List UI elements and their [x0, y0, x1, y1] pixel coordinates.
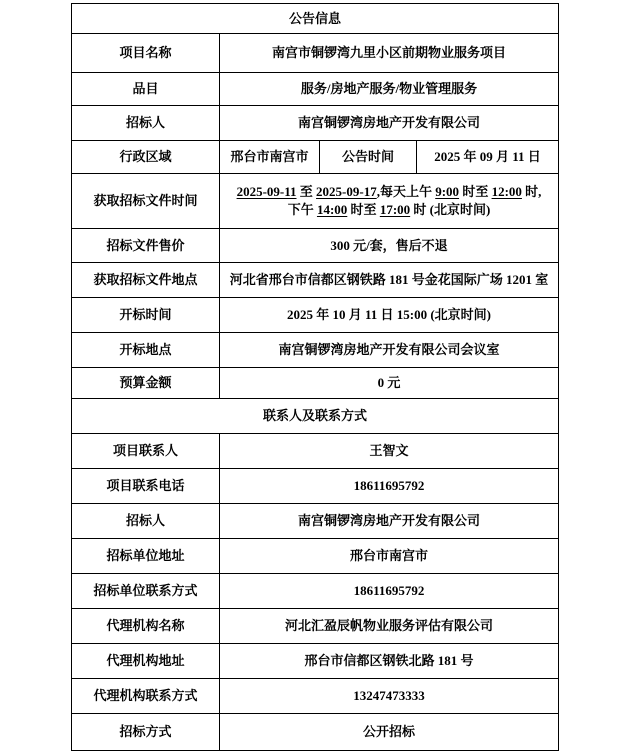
field-label-announce-time: 公告时间 [320, 141, 417, 174]
table-row-agency-address: 代理机构地址 邢台市信都区钢铁北路 181 号 [72, 644, 559, 679]
field-value-tenderee2: 南宫铜锣湾房地产开发有限公司 [220, 504, 559, 539]
table-row-contact-section: 联系人及联系方式 [72, 399, 559, 434]
field-value-tender-method: 公开招标 [220, 714, 559, 751]
field-label-contact-phone: 项目联系电话 [72, 469, 220, 504]
field-label-region: 行政区域 [72, 141, 220, 174]
table-row-obtain-place: 获取招标文件地点 河北省邢台市信都区钢铁路 181 号金花国际广场 1201 室 [72, 263, 559, 298]
field-label-open-time: 开标时间 [72, 298, 220, 333]
table-row-agency-name: 代理机构名称 河北汇盈辰帆物业服务评估有限公司 [72, 609, 559, 644]
field-value-contact-phone: 18611695792 [220, 469, 559, 504]
field-label-budget: 预算金额 [72, 368, 220, 399]
field-label-obtain-place: 获取招标文件地点 [72, 263, 220, 298]
table-title: 公告信息 [72, 4, 559, 34]
table-row-tenderee-contact: 招标单位联系方式 18611695792 [72, 574, 559, 609]
table-row-obtain-time: 获取招标文件时间 2025-09-11 至 2025-09-17,每天上午 9:… [72, 174, 559, 229]
field-value-tenderee-contact: 18611695792 [220, 574, 559, 609]
table-row-category: 品目 服务/房地产服务/物业管理服务 [72, 73, 559, 106]
field-value-open-place: 南宫铜锣湾房地产开发有限公司会议室 [220, 333, 559, 368]
table-row-open-time: 开标时间 2025 年 10 月 11 日 15:00 (北京时间) [72, 298, 559, 333]
field-value-agency-contact: 13247473333 [220, 679, 559, 714]
field-value-obtain-place: 河北省邢台市信都区钢铁路 181 号金花国际广场 1201 室 [220, 263, 559, 298]
table-row-tender-method: 招标方式 公开招标 [72, 714, 559, 751]
announcement-page: 公告信息 项目名称 南宫市铜锣湾九里小区前期物业服务项目 品目 服务/房地产服务… [0, 0, 635, 754]
field-value-category: 服务/房地产服务/物业管理服务 [220, 73, 559, 106]
field-value-agency-address: 邢台市信都区钢铁北路 181 号 [220, 644, 559, 679]
field-label-agency-contact: 代理机构联系方式 [72, 679, 220, 714]
table-row-region-announce-time: 行政区域 邢台市南宫市 公告时间 2025 年 09 月 11 日 [72, 141, 559, 174]
table-row-open-place: 开标地点 南宫铜锣湾房地产开发有限公司会议室 [72, 333, 559, 368]
field-label-project-name: 项目名称 [72, 34, 220, 73]
field-value-open-time: 2025 年 10 月 11 日 15:00 (北京时间) [220, 298, 559, 333]
table-row-budget: 预算金额 0 元 [72, 368, 559, 399]
field-value-doc-price: 300 元/套，售后不退 [220, 229, 559, 263]
field-value-tenderee-address: 邢台市南宫市 [220, 539, 559, 574]
table-row-contact-phone: 项目联系电话 18611695792 [72, 469, 559, 504]
table-row-tenderee: 招标人 南宫铜锣湾房地产开发有限公司 [72, 106, 559, 141]
field-label-tenderee: 招标人 [72, 106, 220, 141]
announcement-table: 公告信息 项目名称 南宫市铜锣湾九里小区前期物业服务项目 品目 服务/房地产服务… [71, 3, 559, 751]
field-label-agency-address: 代理机构地址 [72, 644, 220, 679]
table-row-project-name: 项目名称 南宫市铜锣湾九里小区前期物业服务项目 [72, 34, 559, 73]
field-value-project-name: 南宫市铜锣湾九里小区前期物业服务项目 [220, 34, 559, 73]
field-value-region: 邢台市南宫市 [220, 141, 320, 174]
table-row-agency-contact: 代理机构联系方式 13247473333 [72, 679, 559, 714]
field-value-tenderee: 南宫铜锣湾房地产开发有限公司 [220, 106, 559, 141]
field-value-agency-name: 河北汇盈辰帆物业服务评估有限公司 [220, 609, 559, 644]
field-value-budget: 0 元 [220, 368, 559, 399]
table-row-contact-person: 项目联系人 王智文 [72, 434, 559, 469]
field-value-contact-person: 王智文 [220, 434, 559, 469]
field-label-obtain-time: 获取招标文件时间 [72, 174, 220, 229]
table-row-tenderee2: 招标人 南宫铜锣湾房地产开发有限公司 [72, 504, 559, 539]
field-label-tenderee2: 招标人 [72, 504, 220, 539]
field-value-obtain-time: 2025-09-11 至 2025-09-17,每天上午 9:00 时至 12:… [220, 174, 559, 229]
field-label-contact-person: 项目联系人 [72, 434, 220, 469]
field-label-tenderee-contact: 招标单位联系方式 [72, 574, 220, 609]
table-row-tenderee-address: 招标单位地址 邢台市南宫市 [72, 539, 559, 574]
contact-section-title: 联系人及联系方式 [72, 399, 559, 434]
field-label-category: 品目 [72, 73, 220, 106]
table-row-doc-price: 招标文件售价 300 元/套，售后不退 [72, 229, 559, 263]
field-label-open-place: 开标地点 [72, 333, 220, 368]
field-label-tenderee-address: 招标单位地址 [72, 539, 220, 574]
field-value-announce-time: 2025 年 09 月 11 日 [417, 141, 559, 174]
field-label-doc-price: 招标文件售价 [72, 229, 220, 263]
table-row-title: 公告信息 [72, 4, 559, 34]
field-label-agency-name: 代理机构名称 [72, 609, 220, 644]
field-label-tender-method: 招标方式 [72, 714, 220, 751]
